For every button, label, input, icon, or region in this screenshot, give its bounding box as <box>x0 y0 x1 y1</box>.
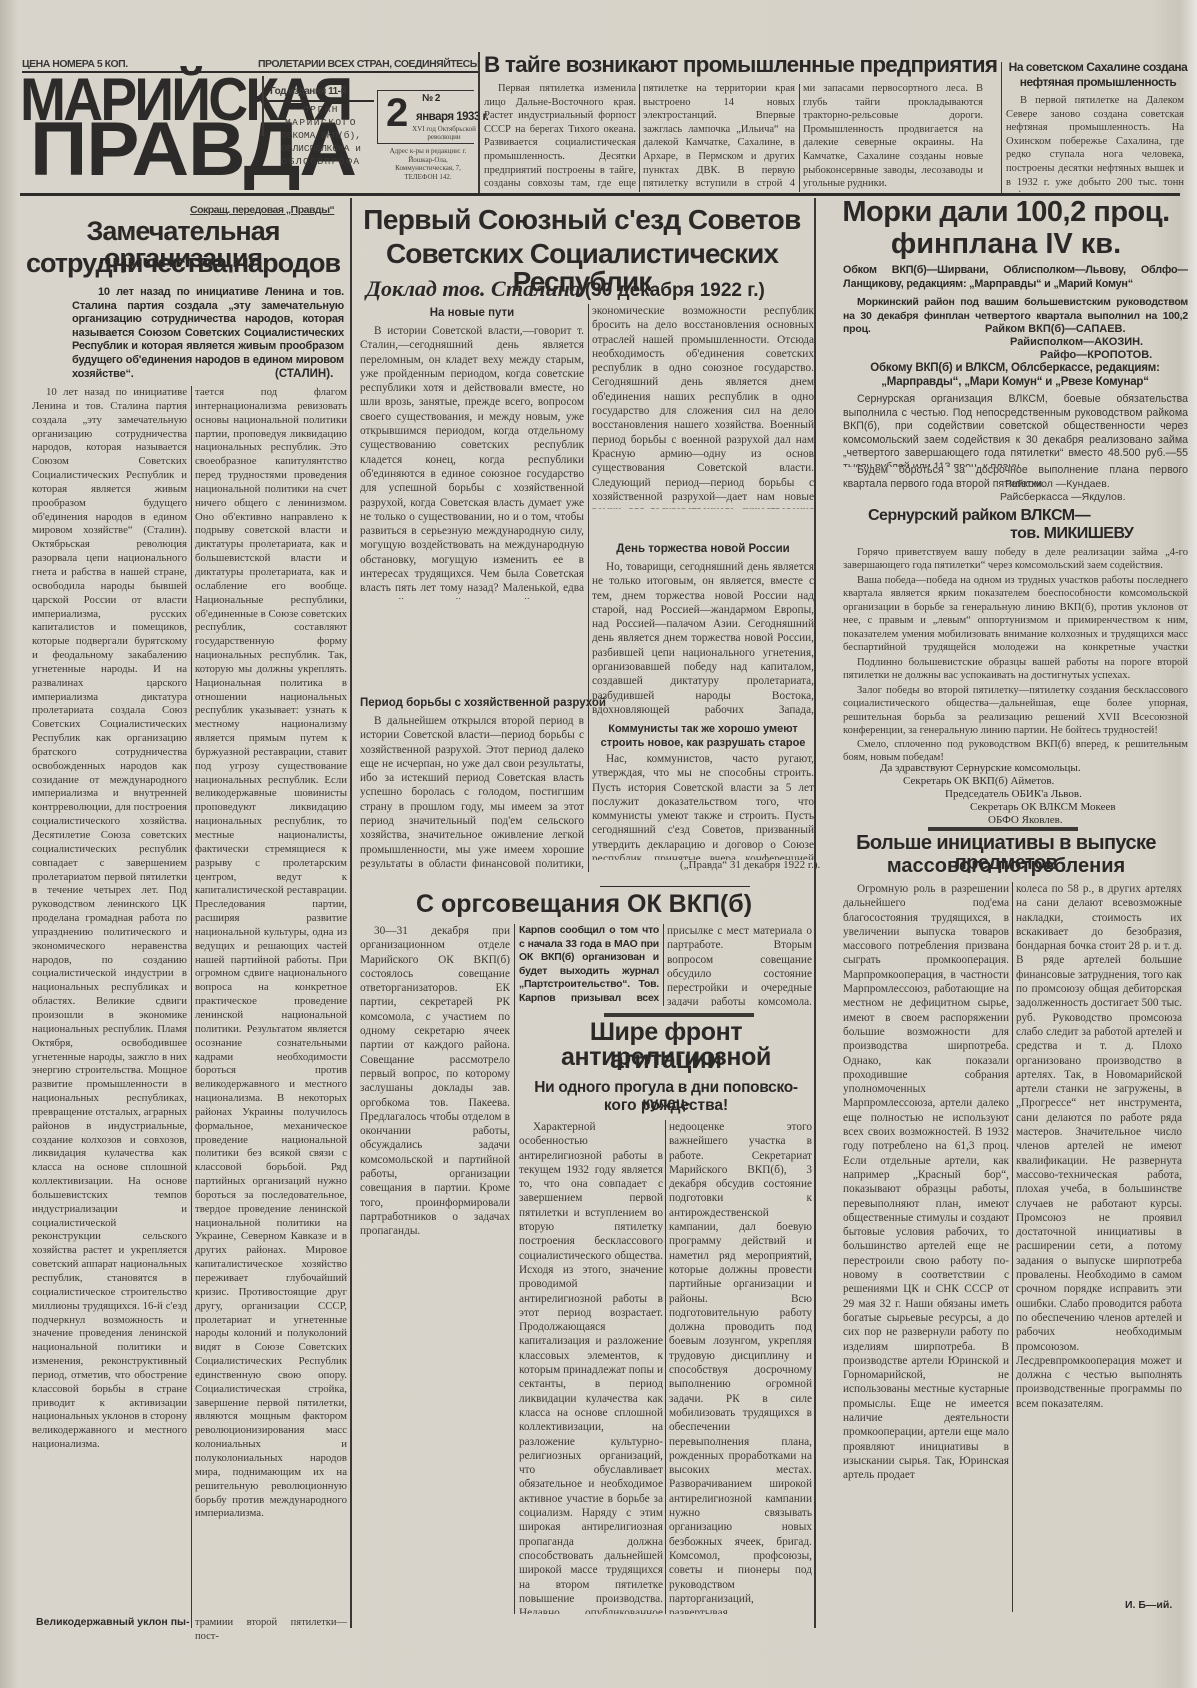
divider <box>588 304 589 872</box>
newspaper-page: ЦЕНА НОМЕРА 5 КОП. ПРОЛЕТАРИИ ВСЕХ СТРАН… <box>0 0 1197 1688</box>
mikishev-signature: Секретарь ОК ВЛКСМ Мокеев <box>970 801 1116 813</box>
divider <box>191 386 192 1628</box>
morki-headline-2: финплана IV кв. <box>820 230 1192 259</box>
sakhalin-text: В первой пятилетке на Далеком Севере зан… <box>1006 94 1184 192</box>
editorial-col2: тается под флагом интернационализма реви… <box>195 386 347 1614</box>
taiga-headline: В тайге возникают промышленные предприят… <box>484 52 997 78</box>
congress-section2-body: В дальнейшем открылся второй период в ис… <box>360 714 584 869</box>
organ-line: ОБЛИСПОЛКОМА и <box>268 142 374 155</box>
editorial-col2-end: трамиии второй пятилетки—пост- <box>195 1616 347 1645</box>
mikishev-signature: Председатель ОБИК'а Львов. <box>945 788 1082 800</box>
organ-line: ОРГАН <box>268 103 374 116</box>
sernur-text1: Сернурская организация ВЛКСМ, боевые обя… <box>843 393 1188 467</box>
organ-line: ОБЛСОВПРОФА <box>268 155 374 168</box>
divider <box>814 198 816 1628</box>
mikishev-headline-1: Сернурский райком ВЛКСМ— <box>868 507 1090 525</box>
mikishev-paragraph: Подлинно большевистские образцы вашей ра… <box>843 656 1188 684</box>
ok-meeting-col3: присылке с мест материала о партработе. … <box>667 924 812 1006</box>
sernur-signature: Райкомол —Кундаев. <box>1005 478 1110 490</box>
divider <box>604 1013 754 1017</box>
congress-section1-body: В истории Советской власти,—говорит т. С… <box>360 324 584 599</box>
consumer-headline-2: массового потребления <box>820 856 1192 876</box>
editorial-col1-end: Великодержавный уклон пы- <box>36 1616 190 1628</box>
section-title-triumph: День торжества новой России <box>592 543 814 555</box>
morki-signature: Райисполком—АКОЗИН. <box>1010 336 1143 348</box>
divider <box>514 924 515 1614</box>
year-of-issue: Год издания 11-й <box>270 86 346 97</box>
section-title-new-paths: На новые пути <box>360 307 584 319</box>
consumer-col1: Огромную роль в разрешении дальнейшего п… <box>843 882 1009 1614</box>
divider <box>1012 882 1013 1612</box>
antireligious-subhead-2: кого рождества! <box>518 1098 814 1114</box>
sernur-addressees: Обкому ВКП(б) и ВЛКСМ, Облсберкассе, ред… <box>850 362 1180 392</box>
morki-signature: Райком ВКП(б)—САПАЕВ. <box>985 323 1126 335</box>
organ-block: ОРГАН МАРИЙСКОГО ОБКОМА ВКП(б), ОБЛИСПОЛ… <box>268 103 374 168</box>
divider <box>928 827 1078 831</box>
divider <box>665 1120 666 1614</box>
ok-meeting-headline: С оргсовещания ОК ВКП(б) <box>356 892 812 917</box>
congress-section3-body: Но, товарищи, сегодняшний день является … <box>592 560 814 718</box>
antireligious-headline-2: агитации <box>518 1048 814 1073</box>
divider <box>1001 62 1002 194</box>
section-title-communists-build: Коммунисты так же хорошо умеют строить н… <box>592 722 814 750</box>
divider <box>262 76 264 136</box>
consumer-signature: И. Б—ий. <box>1125 1599 1172 1611</box>
organ-line: ОБКОМА ВКП(б), <box>268 129 374 142</box>
divider <box>350 198 352 1628</box>
mikishev-paragraph: Горячо приветствуем вашу победу в деле р… <box>843 546 1188 574</box>
congress-col2a: экономические возможности республик брос… <box>592 304 814 509</box>
divider <box>663 924 664 1006</box>
address: Адрес к-ры и редакции: г. Йошкар-Ола, Ко… <box>380 147 476 181</box>
report-label: Доклад тов. Сталина <box>366 276 581 301</box>
report-line: Доклад тов. Сталина (30 декабря 1922 г.) <box>366 276 816 302</box>
taiga-col1: Первая пятилетка изменила лицо Дальне-Во… <box>484 82 636 192</box>
divider <box>600 886 750 887</box>
mikishev-signature: Секретарь ОК ВКП(б) Айметов. <box>903 775 1054 787</box>
morki-signature: Райфо—КРОПОТОВ. <box>1040 349 1152 361</box>
issue-number: № 2 <box>422 93 440 104</box>
ok-meeting-col2: Карпов сообщил о том что с начала 33 год… <box>519 924 659 1006</box>
divider <box>268 100 374 102</box>
mikishev-paragraph: Залог победы во второй пятилетку—пятилет… <box>843 684 1188 740</box>
taiga-col3: ми запасами первосортного леса. В глубь … <box>803 82 983 192</box>
morki-addressees: Обком ВКП(б)—Ширвани, Облисполком—Львову… <box>843 264 1188 294</box>
congress-section4-body: Нас, коммунистов, часто ругают, утвержда… <box>592 752 814 860</box>
editorial-kicker: Сокращ. передовая „Правды“ <box>190 204 334 216</box>
editorial-lead-attribution: (СТАЛИН). <box>275 368 333 380</box>
date-day: 2 <box>386 91 408 135</box>
taiga-col2: пятилетке на территории края выстроено 1… <box>643 82 795 192</box>
congress-source: („Правда“ 31 декабря 1922 г.). <box>680 859 820 871</box>
sakhalin-headline: На советском Сахалине создана нефтяная п… <box>1006 60 1190 90</box>
divider <box>478 52 480 194</box>
mikishev-headline-2: тов. МИКИШЕВУ <box>1010 525 1133 543</box>
sernur-signature: Райсберкасса —Якдулов. <box>1000 491 1126 503</box>
antireligious-col2: недооценке этого важнейшего участка в ра… <box>669 1120 812 1614</box>
report-date: (30 декабря 1922 г.) <box>585 280 765 301</box>
mikishev-signature: ОБФО Яковлев. <box>988 814 1063 826</box>
date-box: 2 № 2 января 1933 г. XVI год Октябрьской… <box>377 90 474 144</box>
consumer-col2: колеса по 58 р., в других артелях на сан… <box>1016 882 1182 1600</box>
divider <box>799 84 800 192</box>
mikishev-signature: Да здравствуют Сернурские комсомольцы. <box>880 762 1081 774</box>
editorial-col1: 10 лет назад по инициативе Ленина и тов.… <box>32 386 187 1614</box>
congress-headline-1: Первый Союзный с'езд Советов <box>356 206 808 234</box>
ok-meeting-col1: 30—31 декабря при организационном отделе… <box>360 924 510 1329</box>
organ-line: МАРИЙСКОГО <box>268 116 374 129</box>
divider <box>639 84 640 192</box>
editorial-headline-2: сотрудничества народов <box>18 250 348 277</box>
antireligious-col1: Характерной особенностью антирелигиозной… <box>519 1120 663 1614</box>
morki-headline-1: Морки дали 100,2 проц. <box>820 198 1192 227</box>
mikishev-paragraph: Ваша победа—победа на одном из трудных у… <box>843 574 1188 656</box>
revolution-year: XVI год Октябрьской революции <box>412 125 476 141</box>
section-title-economic-ruin: Период борьбы с хозяйственной разрухой <box>360 697 584 709</box>
